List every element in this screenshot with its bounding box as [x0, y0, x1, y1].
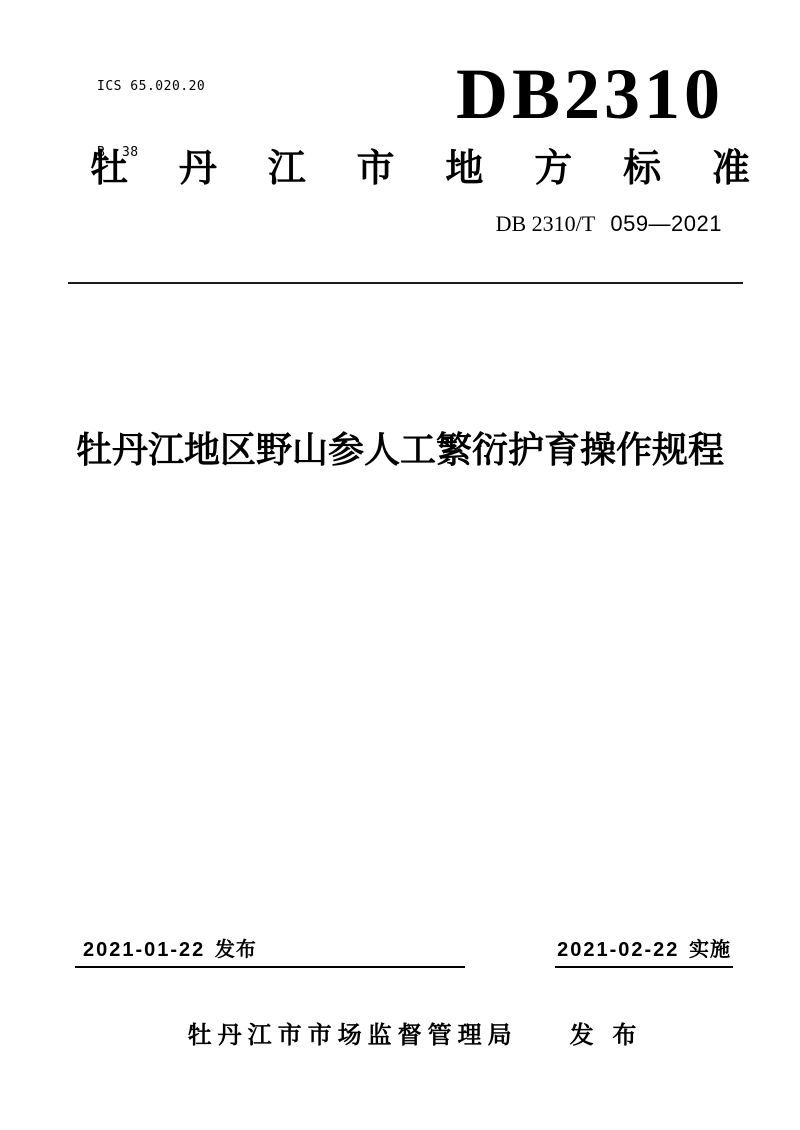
- issue-date: 2021-01-22: [83, 939, 205, 961]
- implementation-label: 实施: [689, 939, 731, 961]
- implementation-date: 2021-02-22: [557, 939, 679, 961]
- document-title: 牡丹江地区野山参人工繁衍护育操作规程: [0, 428, 800, 471]
- standard-type-name: 牡丹江市地方标准: [90, 149, 750, 191]
- standard-cover-page: ICS 65.020.20 B 38 DB2310 牡丹江市地方标准 DB 23…: [0, 0, 800, 1130]
- issue-label: 发布: [215, 939, 257, 961]
- standard-code-logo: DB2310: [456, 58, 724, 130]
- document-number-prefix: DB 2310/T: [496, 211, 596, 236]
- header-divider-rule: [68, 282, 743, 284]
- publisher-name: 牡丹江市市场监督管理局: [188, 1022, 518, 1051]
- publisher-row: 牡丹江市市场监督管理局 发 布: [0, 1022, 800, 1051]
- publish-label: 发 布: [570, 1022, 641, 1051]
- implementation-date-line: 2021-02-22 实施: [555, 933, 733, 968]
- document-number: DB 2310/T 059—2021: [496, 211, 722, 237]
- document-number-suffix: 059—2021: [610, 211, 722, 236]
- ics-code: ICS 65.020.20: [97, 76, 205, 98]
- issue-date-line: 2021-01-22 发布: [75, 933, 465, 968]
- dates-row: 2021-01-22 发布 2021-02-22 实施: [75, 933, 733, 968]
